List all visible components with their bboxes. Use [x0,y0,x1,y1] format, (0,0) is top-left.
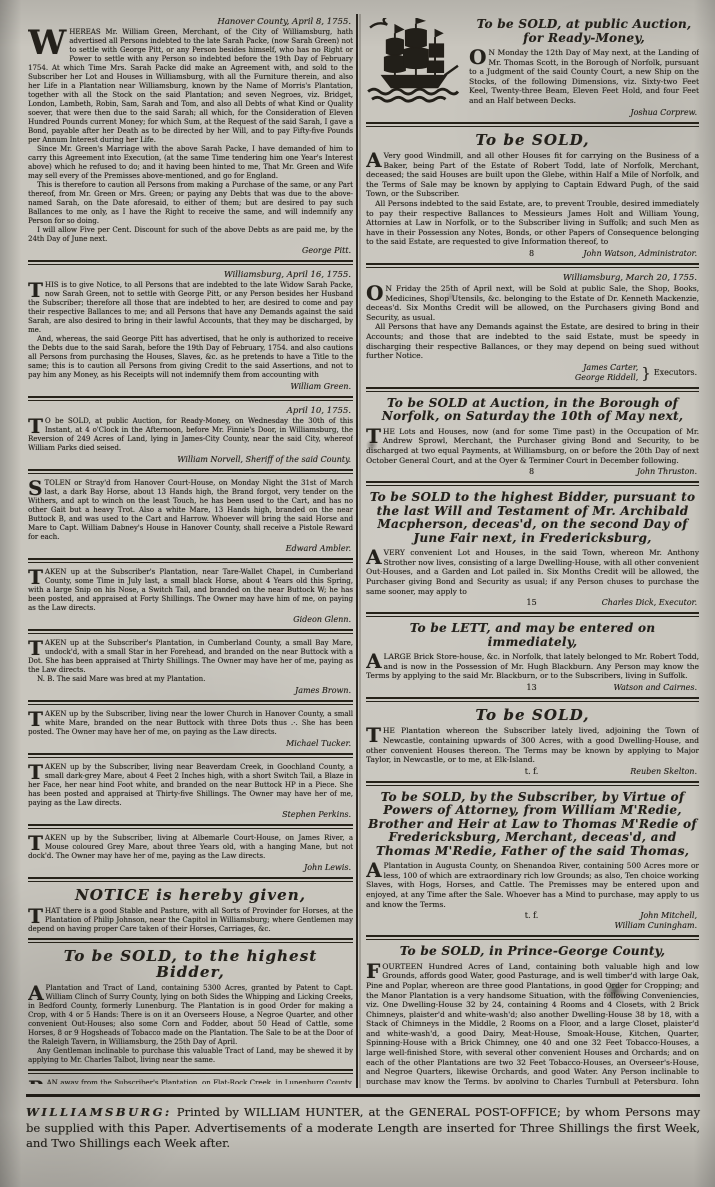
signature-group: Joshua Corprew. [630,108,697,118]
ad-paragraph: I will allow Five per Cent. Discount for… [28,226,353,244]
signature-row: 15Charles Dick, Executor. [366,598,697,608]
signature-name: George Riddell, [575,373,638,383]
signature-name: William Norvell, Sheriff of the said Cou… [177,455,351,465]
signature-row: 13Watson and Cairnes. [366,683,697,693]
signature-note: t. f. [366,767,697,777]
ad-paragraph: THAT there is a good Stable and Pasture,… [28,907,353,934]
ad: To be SOLD, by the Subscriber, by Virtue… [366,781,699,931]
signature-names: George Pitt. [302,246,351,256]
drop-cap: A [366,652,384,669]
ad-text: Any Gentleman inclinable to purchase thi… [28,1047,353,1064]
ad-paragraph: Any Gentleman inclinable to purchase thi… [28,1047,353,1065]
ad: TAKEN up by the Subscriber, living at Al… [28,824,353,873]
ad-paragraph: TAKEN up by the Subscriber, living at Al… [28,834,353,861]
signature-names: Stephen Perkins. [282,810,351,820]
ad: To be SOLD, in Prince-George County,FOUR… [366,935,699,1084]
signature-row: George Pitt. [28,246,351,256]
ad-heading: To be SOLD to the highest Bidder, pursua… [366,491,699,545]
ad-dateline: Hanover County, April 8, 1755. [28,17,351,27]
ad-body: STOLEN or Stray'd from Hanover Court-Hou… [28,479,353,542]
signature-name: William Cuningham. [614,921,697,931]
ad-body: RAN away from the Subscriber's Plantatio… [28,1079,353,1085]
ad: Williamsburg, April 16, 1755.THIS is to … [28,260,353,392]
signature-names: James Brown. [295,686,351,696]
signature-name: James Carter, [575,363,638,373]
ad-text: This is therefore to caution all Persons… [28,181,353,225]
drop-cap: T [28,710,45,727]
ad-text: N. B. The said Mare was bred at my Plant… [37,675,205,683]
ad-text: AKEN up by the Subscriber, living near t… [28,710,353,736]
signature-row: John Lewis. [28,863,351,873]
ad-body: WHEREAS Mr. William Green, Merchant, of … [28,28,353,244]
ad: To be SOLD,AVery good Windmill, and all … [366,122,699,259]
ad-body: AVery good Windmill, and all other House… [366,151,699,247]
ad: RAN away from the Subscriber's Plantatio… [28,1069,353,1085]
ad-body: TO be SOLD, at public Auction, for Ready… [28,417,353,453]
drop-cap: T [28,834,45,851]
signature-group: Michael Tucker. [286,739,351,749]
signature-names: Michael Tucker. [286,739,351,749]
signature-row: James Brown. [28,686,351,696]
section-rule [28,700,353,705]
ad-paragraph: TAKEN up at the Subscriber's Plantation,… [28,568,353,613]
section-rule [366,263,699,268]
ad-body: AVERY convenient Lot and Houses, in the … [366,548,699,596]
drop-cap: A [366,151,384,168]
signature-group: James Brown. [295,686,351,696]
ad-paragraph: THE Lots and Houses, now (and for some T… [366,427,699,465]
ad-heading: To be SOLD, in Prince-George County, [366,945,699,959]
ad-text: N Monday the 12th Day of May next, at th… [469,48,699,105]
ad-paragraph: ALARGE Brick Store-house, &c. in Norfolk… [366,652,699,681]
signature-note: 13 [366,683,697,693]
signature-names: William Norvell, Sheriff of the said Cou… [177,455,351,465]
signature-role: Executors. [654,368,697,378]
ad-text: HAT there is a good Stable and Pasture, … [28,907,353,933]
ad-body: THIS is to give Notice, to all Persons t… [28,281,353,380]
section-rule [28,753,353,758]
section-rule [28,877,353,882]
ad-text: HE Lots and Houses, now (and for some Ti… [366,427,699,465]
ad-paragraph: THIS is to give Notice, to all Persons t… [28,281,353,335]
ad-body: THE Plantation whereon the Subscriber la… [366,726,699,764]
ad-dateline: Williamsburg, April 16, 1755. [28,270,351,280]
signature-name: Joshua Corprew. [630,108,697,118]
ad-heading: To be LETT, and may be entered on immedi… [366,622,699,649]
ad-text: VERY convenient Lot and Houses, in the s… [366,548,699,595]
signature-group: Gideon Glenn. [293,615,351,625]
signature-group: Edward Ambler. [286,544,351,554]
ad-dateline: April 10, 1755. [28,406,351,416]
signature-names: John Lewis. [304,863,351,873]
signature-row: Joshua Corprew. [366,108,697,118]
section-rule [28,629,353,634]
ad: To be SOLD, to the highest Bidder,APlant… [28,938,353,1065]
drop-cap: S [28,479,44,496]
ad-text: All Persons indebted to the said Estate,… [366,199,699,246]
ad-text: And, whereas, the said George Pitt has a… [28,335,353,379]
signature-names: Edward Ambler. [286,544,351,554]
ad-dateline: Williamsburg, March 20, 1755. [366,273,697,283]
ad-paragraph: AVERY convenient Lot and Houses, in the … [366,548,699,596]
section-rule [28,1069,353,1074]
ad: Hanover County, April 8, 1755.WHEREAS Mr… [28,17,353,256]
ad-heading: NOTICE is hereby given, [28,887,353,904]
signature-name: Gideon Glenn. [293,615,351,625]
ad-body: APlantation and Tract of Land, containin… [28,984,353,1065]
ad-paragraph: ON Friday the 25th of April next, will b… [366,284,699,322]
section-rule [366,612,699,617]
section-rule [366,481,699,486]
ad-paragraph: TAKEN up by the Subscriber, living near … [28,710,353,737]
ad-heading: To be SOLD, [366,707,699,724]
ad-paragraph: N. B. The said Mare was bred at my Plant… [28,675,353,684]
signature-names: Joshua Corprew. [630,108,697,118]
signature-row: t. f.Reuben Skelton. [366,767,697,777]
ad-text: I will allow Five per Cent. Discount for… [28,226,353,243]
signature-name: Stephen Perkins. [282,810,351,820]
ad-heading: To be SOLD, to the highest Bidder, [28,948,353,981]
drop-cap: T [28,417,45,434]
ad-text: N Friday the 25th of April next, will be… [366,284,699,322]
section-rule [366,387,699,392]
drop-cap: T [366,427,383,444]
ad-paragraph: This is therefore to caution all Persons… [28,181,353,226]
ad-text: All Persons that have any Demands agains… [366,322,699,360]
ad-text: Plantation and Tract of Land, containing… [28,984,353,1046]
footer-imprint: WILLIAMSBURG: Printed by WILLIAM HUNTER,… [26,1094,700,1152]
ad-paragraph: APlantation and Tract of Land, containin… [28,984,353,1047]
ad-text: O be SOLD, at public Auction, for Ready-… [28,417,353,452]
ad: TAKEN up at the Subscriber's Plantation,… [28,558,353,625]
ad-body: TAKEN up by the Subscriber, living at Al… [28,834,353,861]
signature-note: 15 [366,598,697,608]
ad-text: Since Mr. Green's Marriage with the abov… [28,145,353,180]
ad: To be LETT, and may be entered on immedi… [366,612,699,693]
column-left: Hanover County, April 8, 1755.WHEREAS Mr… [28,16,353,1084]
ad-paragraph: TAKEN up by the Subscriber, living near … [28,763,353,808]
signature-note: 8 [366,467,697,477]
signature-row: William Norvell, Sheriff of the said Cou… [28,455,351,465]
signature-row: t. f.John Mitchell,William Cuningham. [366,911,697,931]
ad-heading: To be SOLD, by the Subscriber, by Virtue… [366,791,699,859]
signature-group: George Pitt. [302,246,351,256]
signature-names: James Carter,George Riddell, [575,363,638,383]
ad-text: AKEN up by the Subscriber, living at Alb… [28,834,353,860]
signature-row: Gideon Glenn. [28,615,351,625]
signature-row: William Green. [28,382,351,392]
signature-row: 8John Thruston. [366,467,697,477]
footer-city: WILLIAMSBURG: [26,1105,172,1119]
signature-name: Michael Tucker. [286,739,351,749]
ad-body: THE Lots and Houses, now (and for some T… [366,427,699,465]
ad-paragraph: RAN away from the Subscriber's Plantatio… [28,1079,353,1085]
ad: To be SOLD to the highest Bidder, pursua… [366,481,699,608]
ad-paragraph: All Persons that have any Demands agains… [366,322,699,360]
ad-paragraph: AVery good Windmill, and all other House… [366,151,699,199]
column-right: To be SOLD, at public Auction, for Ready… [366,16,699,1084]
ad: April 10, 1755.TO be SOLD, at public Auc… [28,396,353,465]
ad: Williamsburg, March 20, 1755.ON Friday t… [366,263,699,383]
section-rule [28,396,353,401]
signature-group: James Carter,George Riddell,}Executors. [575,363,697,383]
brace-glyph: } [641,368,651,378]
ad-text: HE Plantation whereon the Subscriber lat… [366,726,699,764]
signature-note: t. f. [366,911,697,921]
signature-group: William Norvell, Sheriff of the said Cou… [177,455,351,465]
ship-icon [366,18,462,104]
section-rule [28,938,353,943]
ad-paragraph: FOURTEEN Hundred Acres of Land, containi… [366,962,699,1084]
ad: To be SOLD, at public Auction, for Ready… [366,18,699,118]
ad: TAKEN up by the Subscriber, living near … [28,753,353,820]
ad-paragraph: TO be SOLD, at public Auction, for Ready… [28,417,353,453]
ad: STOLEN or Stray'd from Hanover Court-Hou… [28,469,353,554]
ad-paragraph: STOLEN or Stray'd from Hanover Court-Hou… [28,479,353,542]
ad-text: Very good Windmill, and all other Houses… [366,151,699,198]
drop-cap: A [28,984,46,1001]
ad-paragraph: All Persons indebted to the said Estate,… [366,199,699,247]
section-rule [366,935,699,940]
signature-group: John Lewis. [304,863,351,873]
signature-row: Stephen Perkins. [28,810,351,820]
drop-cap: O [366,284,385,301]
ad-text: HIS is to give Notice, to all Persons th… [28,281,353,334]
ad-heading: To be SOLD, [366,132,699,149]
drop-cap: W [28,28,69,57]
signature-group: Stephen Perkins. [282,810,351,820]
signature-row: Edward Ambler. [28,544,351,554]
section-rule [28,824,353,829]
ad-body: TAKEN up at the Subscriber's Plantation,… [28,568,353,613]
drop-cap: A [366,861,384,878]
signature-name: John Lewis. [304,863,351,873]
ad-paragraph: APlantation in Augusta County, on Shenan… [366,861,699,909]
section-rule [28,469,353,474]
signature-name: George Pitt. [302,246,351,256]
ad-paragraph: Since Mr. Green's Marriage with the abov… [28,145,353,181]
ad: To be SOLD at Auction, in the Borough of… [366,387,699,477]
ad: To be SOLD,THE Plantation whereon the Su… [366,697,699,777]
ad: NOTICE is hereby given,THAT there is a g… [28,877,353,934]
ad-text: HEREAS Mr. William Green, Merchant, of t… [28,28,353,144]
signature-row: 8John Watson, Administrator. [366,249,697,259]
ad-text: TOLEN or Stray'd from Hanover Court-Hous… [28,479,353,541]
ad-body: TAKEN up at the Subscriber's Plantation,… [28,639,353,684]
ad-paragraph: And, whereas, the said George Pitt has a… [28,335,353,380]
signature-row: Michael Tucker. [28,739,351,749]
drop-cap: T [28,907,45,924]
ad-body: APlantation in Augusta County, on Shenan… [366,861,699,909]
signature-name: William Green. [290,382,351,392]
drop-cap: R [28,1079,47,1085]
ad-body: ON Friday the 25th of April next, will b… [366,284,699,361]
column-divider [356,14,358,1088]
ad-body: TAKEN up by the Subscriber, living near … [28,763,353,808]
ad-text: AKEN up at the Subscriber's Plantation, … [28,639,353,674]
section-rule [366,781,699,786]
ad-text: AKEN up by the Subscriber, living near B… [28,763,353,807]
ad-heading: To be SOLD at Auction, in the Borough of… [366,397,699,424]
drop-cap: F [366,962,382,979]
ad: TAKEN up at the Subscriber's Plantation,… [28,629,353,696]
ad: TAKEN up by the Subscriber, living near … [28,700,353,749]
section-rule [366,122,699,127]
drop-cap: T [28,639,45,656]
signature-name: James Brown. [295,686,351,696]
signature-row: James Carter,George Riddell,}Executors. [366,363,697,383]
signature-names: William Green. [290,382,351,392]
drop-cap: O [469,48,488,65]
drop-cap: T [28,281,45,298]
ad-text: OURTEEN Hundred Acres of Land, containin… [366,962,699,1084]
drop-cap: T [28,763,45,780]
signature-note: 8 [366,249,697,259]
ad-paragraph: WHEREAS Mr. William Green, Merchant, of … [28,28,353,145]
ad-body: TAKEN up by the Subscriber, living near … [28,710,353,737]
ad-paragraph: TAKEN up at the Subscriber's Plantation,… [28,639,353,675]
section-rule [28,558,353,563]
ad-body: THAT there is a good Stable and Pasture,… [28,907,353,934]
ad-body: ALARGE Brick Store-house, &c. in Norfolk… [366,652,699,681]
ad-body: FOURTEEN Hundred Acres of Land, containi… [366,962,699,1084]
ad-text: LARGE Brick Store-house, &c. in Norfolk,… [366,652,699,680]
section-rule [366,697,699,702]
signature-group: William Green. [290,382,351,392]
ad-text: Plantation in Augusta County, on Shenand… [366,861,699,908]
ad-text: AKEN up at the Subscriber's Plantation, … [28,568,353,612]
signature-names: Gideon Glenn. [293,615,351,625]
drop-cap: T [366,726,383,743]
section-rule [28,260,353,265]
signature-name: Edward Ambler. [286,544,351,554]
drop-cap: T [28,568,45,585]
ad-text: AN away from the Subscriber's Plantation… [28,1079,353,1085]
drop-cap: A [366,548,384,565]
ad-paragraph: THE Plantation whereon the Subscriber la… [366,726,699,764]
newspaper-page: Hanover County, April 8, 1755.WHEREAS Mr… [0,0,715,1187]
